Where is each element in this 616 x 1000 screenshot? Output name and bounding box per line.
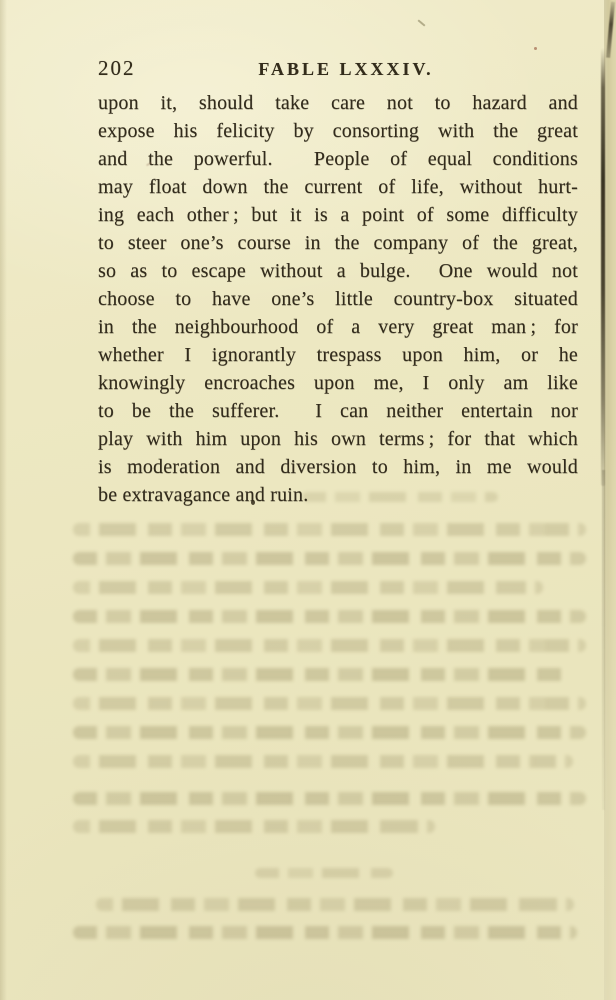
body-line: ing each other ; but it is a point of so… (98, 201, 578, 229)
showthrough-line (255, 868, 393, 878)
showthrough-line (73, 726, 586, 739)
body-line: be extravagance and ruin. (98, 481, 578, 509)
page-edge-line (601, 48, 605, 486)
body-line: so as to escape without a bulge. One wou… (98, 257, 578, 285)
showthrough-line (73, 552, 586, 565)
page-header: 202 FABLE LXXXIV. (98, 55, 578, 81)
showthrough-line (73, 581, 543, 594)
scratch-mark (417, 19, 425, 26)
body-line: is moderation and diversion to him, in m… (98, 453, 578, 481)
page-edge-strip (604, 0, 616, 1000)
running-title: FABLE LXXXIV. (258, 57, 433, 81)
page-edge-line-lower (602, 470, 605, 810)
showthrough-line (73, 755, 573, 768)
showthrough-line (73, 820, 435, 833)
showthrough-line (96, 898, 574, 911)
showthrough-line (73, 697, 586, 710)
body-line: expose his felicity by consorting with t… (98, 117, 578, 145)
body-line: whether I ignorantly trespass upon him, … (98, 341, 578, 369)
body-line: knowingly encroaches upon me, I only am … (98, 369, 578, 397)
showthrough-line (73, 668, 565, 681)
body-line: play with him upon his own terms ; for t… (98, 425, 578, 453)
ink-speck (534, 47, 537, 50)
book-page: 202 FABLE LXXXIV. upon it, should take c… (0, 0, 616, 1000)
body-line: and the powerful. People of equal condit… (98, 145, 578, 173)
page-left-edge (0, 0, 7, 1000)
body-line: in the neighbourhood of a very great man… (98, 313, 578, 341)
showthrough-line (73, 523, 586, 536)
body-line: may float down the current of life, with… (98, 173, 578, 201)
page-number: 202 (98, 55, 136, 81)
fable-body: upon it, should take care not to hazard … (98, 89, 578, 509)
showthrough-line (73, 639, 586, 652)
body-line: choose to have one’s little country-box … (98, 285, 578, 313)
showthrough-line (73, 926, 577, 939)
body-line: to steer one’s course in the company of … (98, 229, 578, 257)
showthrough-line (73, 792, 586, 805)
body-line: upon it, should take care not to hazard … (98, 89, 578, 117)
body-line: to be the sufferer. I can neither entert… (98, 397, 578, 425)
showthrough-line (73, 610, 586, 623)
